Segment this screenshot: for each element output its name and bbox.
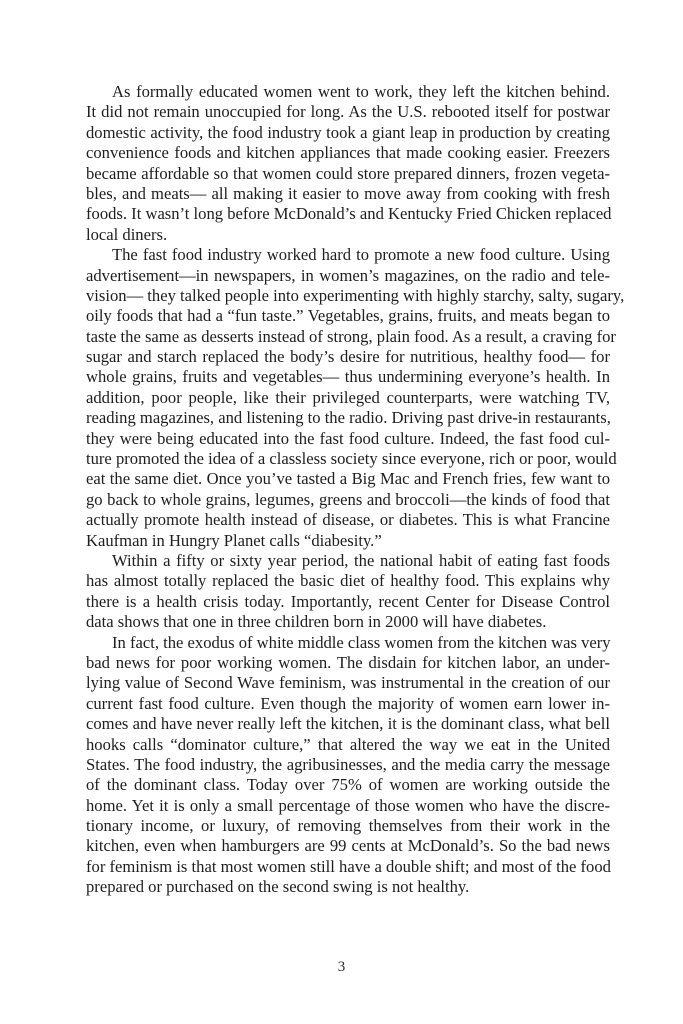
paragraph-4: In fact, the exodus of white middle clas… bbox=[86, 633, 610, 898]
text-line: for feminism is that most women still ha… bbox=[86, 857, 610, 877]
text-line: go back to whole grains, legumes, greens… bbox=[86, 490, 610, 510]
text-line: advertisement—in newspapers, in women’s … bbox=[86, 266, 610, 286]
text-line: The fast food industry worked hard to pr… bbox=[86, 245, 610, 265]
text-line: reading magazines, and listening to the … bbox=[86, 408, 610, 428]
text-line: Within a fifty or sixty year period, the… bbox=[86, 551, 610, 571]
text-line: there is a health crisis today. Importan… bbox=[86, 592, 610, 612]
text-line: they were being educated into the fast f… bbox=[86, 429, 610, 449]
text-line: whole grains, fruits and vegetables— thu… bbox=[86, 367, 610, 387]
text-line: current fast food culture. Even though t… bbox=[86, 694, 610, 714]
text-line: became affordable so that women could st… bbox=[86, 164, 610, 184]
text-line: local diners. bbox=[86, 225, 610, 245]
text-line: oily foods that had a “fun taste.” Veget… bbox=[86, 306, 610, 326]
paragraph-3: Within a fifty or sixty year period, the… bbox=[86, 551, 610, 633]
text-line: actually promote health instead of disea… bbox=[86, 510, 610, 530]
text-line: eat the same diet. Once you’ve tasted a … bbox=[86, 469, 610, 489]
text-line: convenience foods and kitchen appliances… bbox=[86, 143, 610, 163]
paragraph-1: As formally educated women went to work,… bbox=[86, 82, 610, 245]
text-line: bles, and meats— all making it easier to… bbox=[86, 184, 610, 204]
text-line: addition, poor people, like their privil… bbox=[86, 388, 610, 408]
text-line: of the dominant class. Today over 75% of… bbox=[86, 775, 610, 795]
page-number: 3 bbox=[0, 959, 683, 976]
text-line: vision— they talked people into experime… bbox=[86, 286, 610, 306]
text-line: comes and have never really left the kit… bbox=[86, 714, 610, 734]
text-line: bad news for poor working women. The dis… bbox=[86, 653, 610, 673]
text-line: domestic activity, the food industry too… bbox=[86, 123, 610, 143]
text-line: In fact, the exodus of white middle clas… bbox=[86, 633, 610, 653]
text-line: home. Yet it is only a small percentage … bbox=[86, 796, 610, 816]
text-line: tionary income, or luxury, of removing t… bbox=[86, 816, 610, 836]
text-line: data shows that one in three children bo… bbox=[86, 612, 610, 632]
text-line: As formally educated women went to work,… bbox=[86, 82, 610, 102]
text-line: prepared or purchased on the second swin… bbox=[86, 877, 610, 897]
text-line: It did not remain unoccupied for long. A… bbox=[86, 102, 610, 122]
text-line: hooks calls “dominator culture,” that al… bbox=[86, 735, 610, 755]
body-text: As formally educated women went to work,… bbox=[86, 82, 610, 898]
text-line: ture promoted the idea of a classless so… bbox=[86, 449, 610, 469]
text-line: has almost totally replaced the basic di… bbox=[86, 571, 610, 591]
text-line: sugar and starch replaced the body’s des… bbox=[86, 347, 610, 367]
document-page: As formally educated women went to work,… bbox=[0, 0, 683, 1024]
text-line: Kaufman in Hungry Planet calls “diabesit… bbox=[86, 531, 610, 551]
text-line: foods. It wasn’t long before McDonald’s … bbox=[86, 204, 610, 224]
paragraph-2: The fast food industry worked hard to pr… bbox=[86, 245, 610, 551]
text-line: taste the same as desserts instead of st… bbox=[86, 327, 610, 347]
text-line: States. The food industry, the agribusin… bbox=[86, 755, 610, 775]
text-line: kitchen, even when hamburgers are 99 cen… bbox=[86, 836, 610, 856]
text-line: lying value of Second Wave feminism, was… bbox=[86, 673, 610, 693]
